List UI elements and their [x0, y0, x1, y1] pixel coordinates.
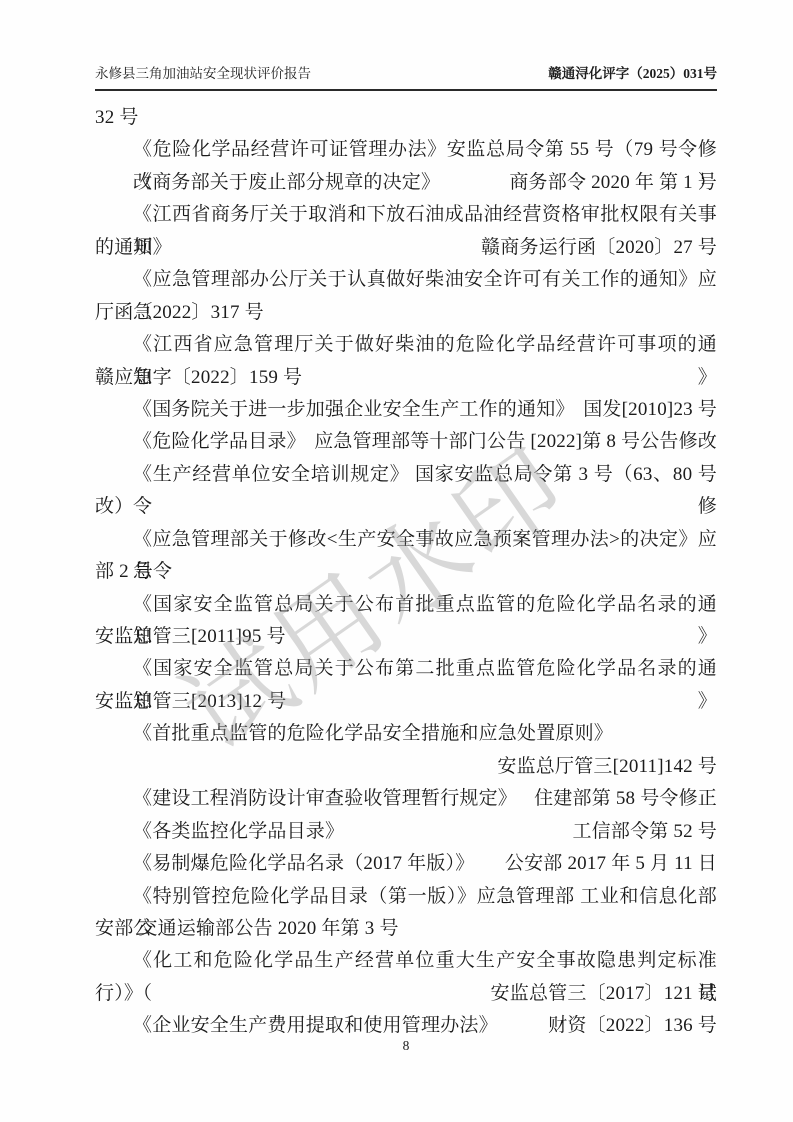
- page-number: 8: [403, 1038, 410, 1053]
- regulation-title: 《商务部关于废止部分规章的决定》: [133, 167, 440, 199]
- regulation-line: 《国家安全监管总局关于公布第二批重点监管危险化学品名录的通知》: [95, 653, 717, 685]
- header-report-title: 永修县三角加油站安全现状评价报告: [95, 62, 311, 82]
- regulation-line: 《国务院关于进一步加强企业安全生产工作的通知》国发[2010]23 号: [95, 394, 717, 426]
- regulation-line: 的通知》赣商务运行函〔2020〕27 号: [95, 232, 717, 264]
- regulation-line: 《国家安全监管总局关于公布首批重点监管的危险化学品名录的通知》: [95, 589, 717, 621]
- regulation-title: 《各类监控化学品目录》: [133, 816, 344, 848]
- regulation-line: 《江西省商务厅关于取消和下放石油成品油经营资格审批权限有关事项: [95, 199, 717, 231]
- regulation-title: 《危险化学品目录》: [133, 426, 306, 458]
- regulation-number: 公安部 2017 年 5 月 11 日: [505, 848, 717, 880]
- regulation-line: 《危险化学品经营许可证管理办法》安监总局令第 55 号（79 号令修改）: [95, 134, 717, 166]
- regulation-title: 的通知》: [95, 232, 172, 264]
- regulation-title: 《国务院关于进一步加强企业安全生产工作的通知》: [133, 394, 575, 426]
- regulation-line: 《江西省应急管理厅关于做好柴油的危险化学品经营许可事项的通知》: [95, 329, 717, 361]
- regulation-number: 国发[2010]23 号: [583, 394, 717, 426]
- regulation-line: 《各类监控化学品目录》工信部令第 52 号: [95, 816, 717, 848]
- header-document-number: 赣通浔化评字（2025）031号: [548, 62, 717, 82]
- page-header: 永修县三角加油站安全现状评价报告 赣通浔化评字（2025）031号: [95, 62, 717, 91]
- regulation-list: 32 号《危险化学品经营许可证管理办法》安监总局令第 55 号（79 号令修改）…: [95, 102, 717, 1043]
- regulation-number: 应急管理部等十部门公告 [2022]第 8 号公告修改: [314, 426, 717, 458]
- document-page: 永修县三角加油站安全现状评价报告 赣通浔化评字（2025）031号 32 号《危…: [0, 0, 793, 1122]
- regulation-line: 厅函〔2022〕317 号: [95, 297, 717, 329]
- regulation-line: 32 号: [95, 102, 717, 134]
- regulation-line: 《特别管控危险化学品目录（第一版）》应急管理部 工业和信息化部 公: [95, 881, 717, 913]
- regulation-line: 安监总厅管三[2011]142 号: [95, 751, 717, 783]
- regulation-line: 《生产经营单位安全培训规定》 国家安监总局令第 3 号（63、80 号令修: [95, 459, 717, 491]
- page-footer: 8: [95, 1038, 717, 1054]
- regulation-title: 《建设工程消防设计审查验收管理暂行规定》: [133, 783, 517, 815]
- regulation-number: 安监总管三〔2017〕121 号: [491, 978, 717, 1010]
- regulation-line: 《首批重点监管的危险化学品安全措施和应急处置原则》: [95, 718, 717, 750]
- regulation-line: 安部 交通运输部公告 2020 年第 3 号: [95, 913, 717, 945]
- regulation-number: 住建部第 58 号令修正: [534, 783, 717, 815]
- regulation-line: 《易制爆危险化学品名录（2017 年版）》公安部 2017 年 5 月 11 日: [95, 848, 717, 880]
- regulation-line: 《化工和危险化学品生产经营单位重大生产安全事故隐患判定标准（试: [95, 945, 717, 977]
- regulation-number: 商务部令 2020 年 第 1 号: [509, 167, 717, 199]
- regulation-line: 《商务部关于废止部分规章的决定》商务部令 2020 年 第 1 号: [95, 167, 717, 199]
- regulation-line: 《应急管理部办公厅关于认真做好柴油安全许可有关工作的通知》应急: [95, 264, 717, 296]
- regulation-title: 行）》: [95, 978, 143, 1010]
- regulation-line: 部 2 号令: [95, 556, 717, 588]
- regulation-line: 《危险化学品目录》应急管理部等十部门公告 [2022]第 8 号公告修改: [95, 426, 717, 458]
- regulation-number: 赣商务运行函〔2020〕27 号: [481, 232, 717, 264]
- regulation-line: 《建设工程消防设计审查验收管理暂行规定》住建部第 58 号令修正: [95, 783, 717, 815]
- regulation-title: 《易制爆危险化学品名录（2017 年版）》: [133, 848, 474, 880]
- regulation-line: 《应急管理部关于修改<生产安全事故应急预案管理办法>的决定》应急: [95, 524, 717, 556]
- regulation-number: 工信部令第 52 号: [572, 816, 717, 848]
